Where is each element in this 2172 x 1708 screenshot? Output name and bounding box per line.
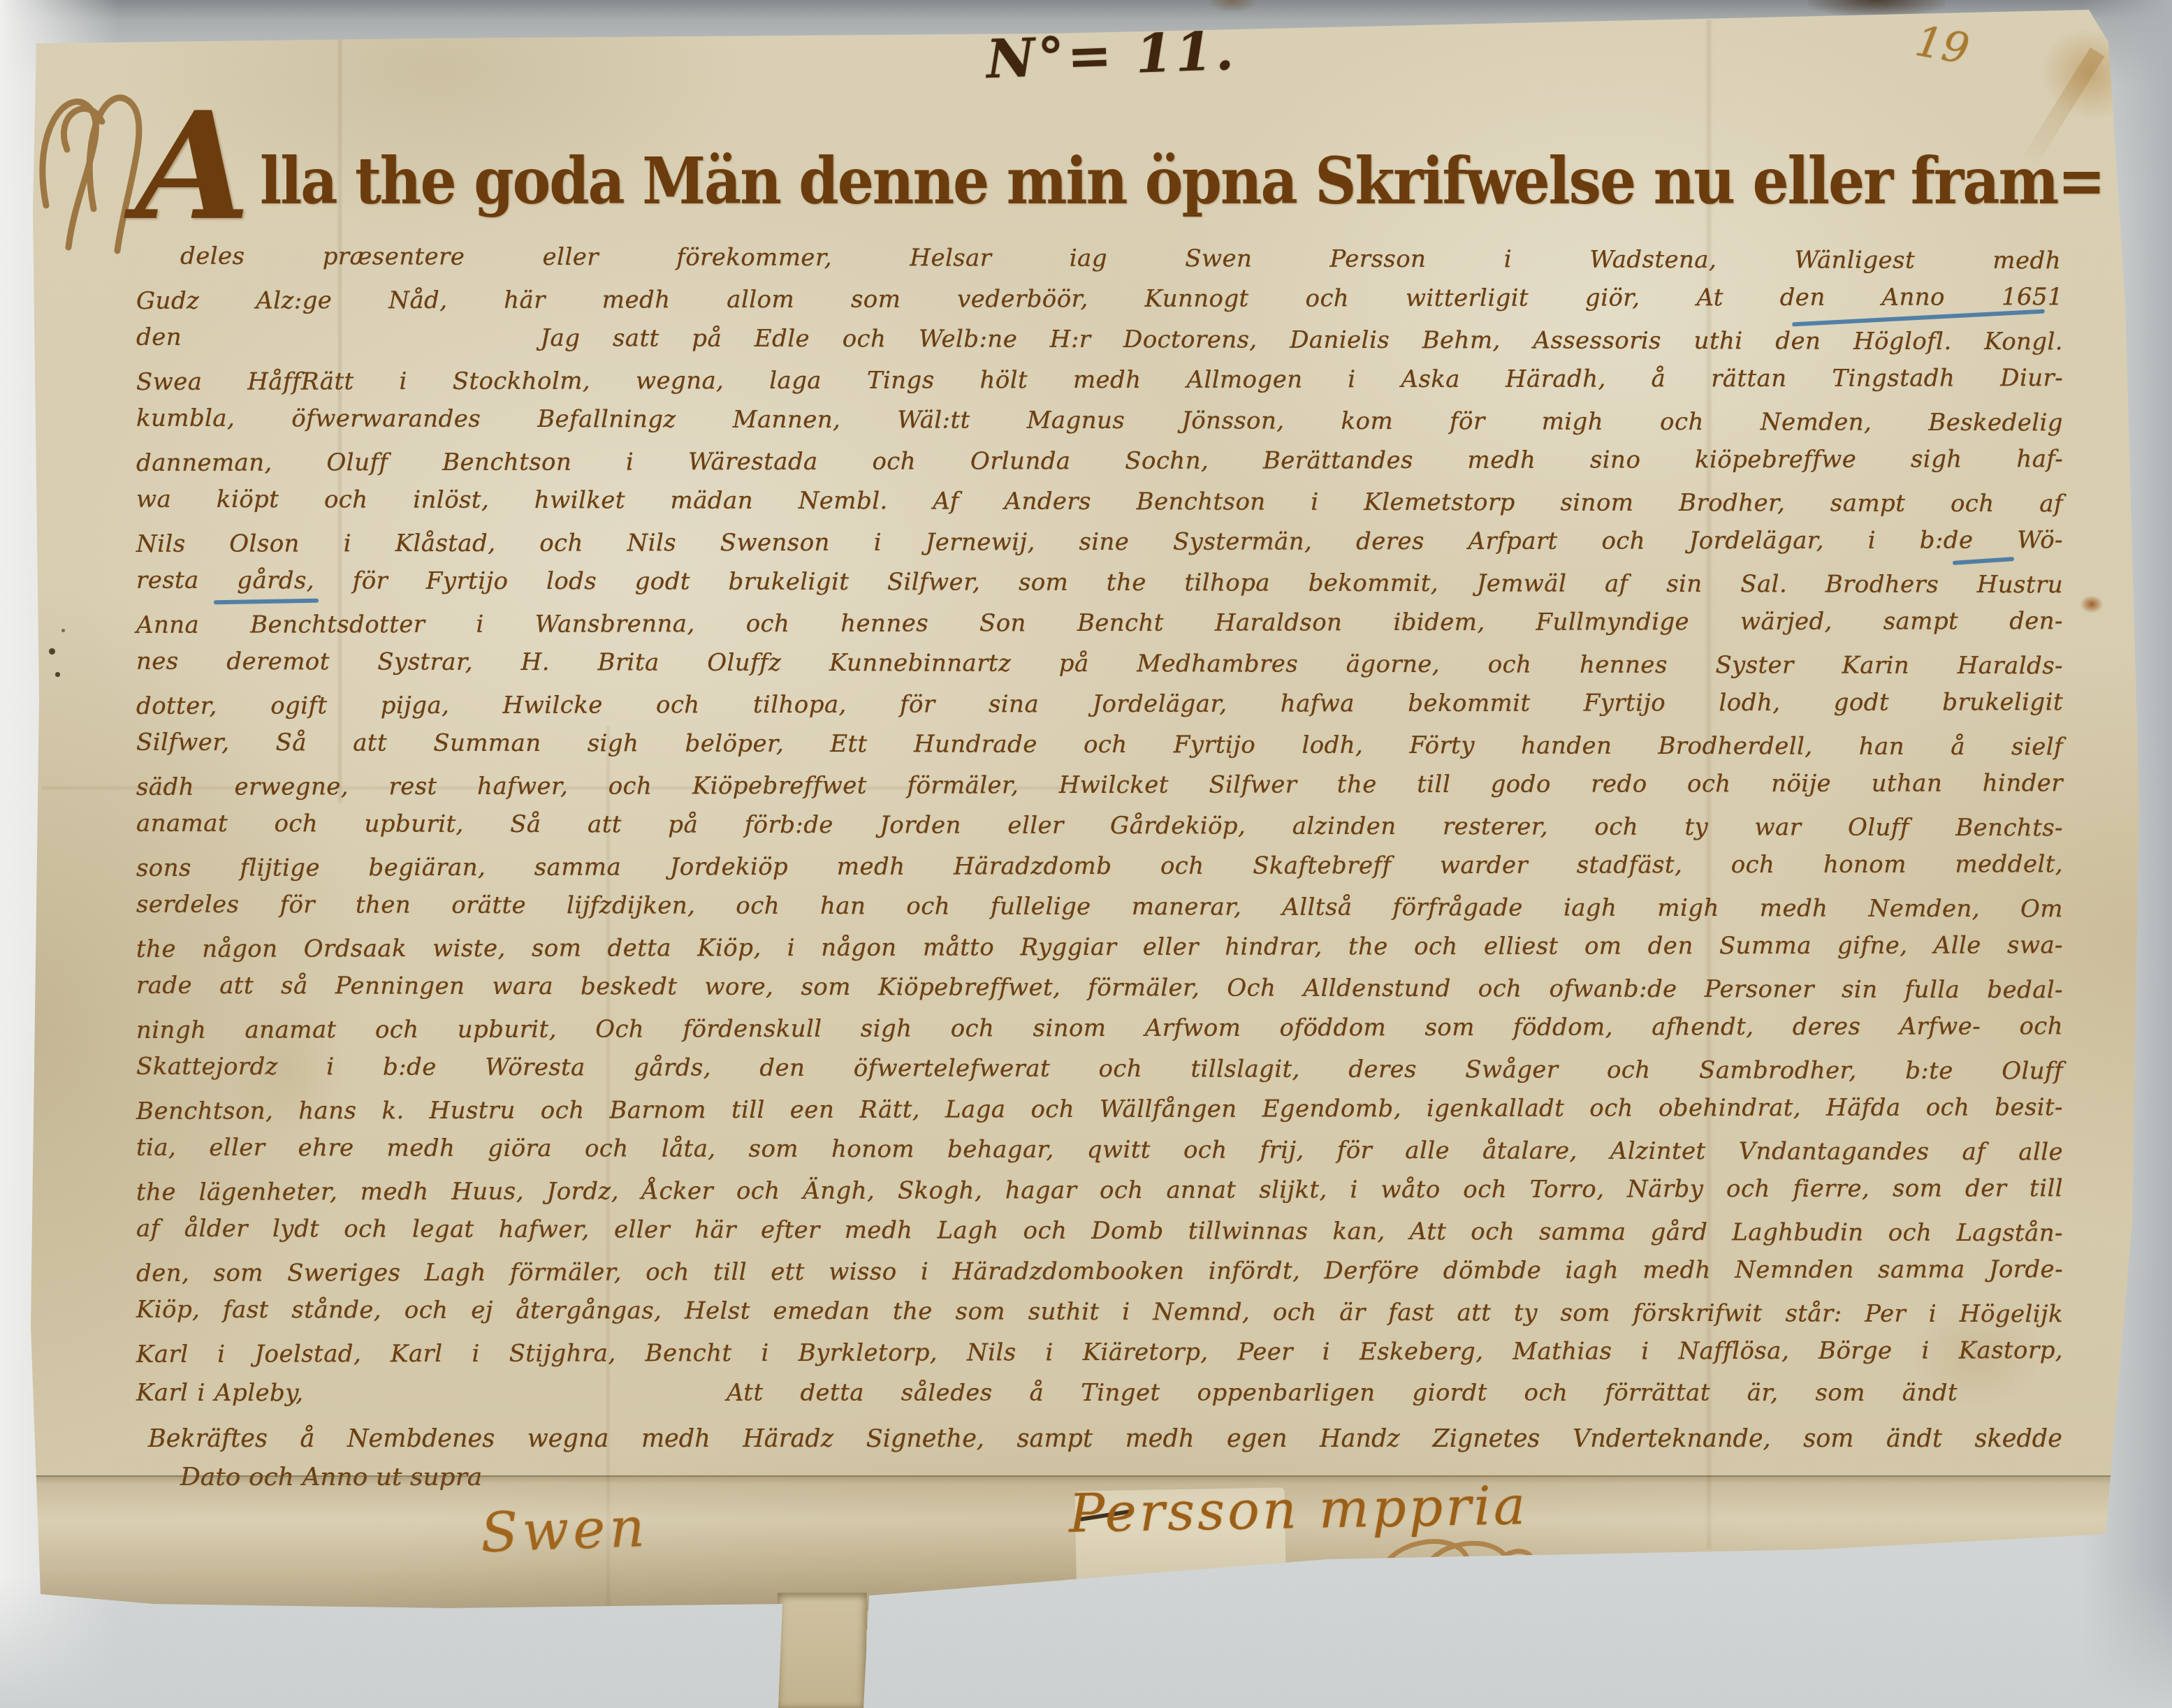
manuscript-line: den, som Sweriges Lagh förmäler, och til… (136, 1255, 2063, 1288)
signature-given-name: Swen (480, 1496, 650, 1565)
manuscript-line: Karl i Joelstad, Karl i Stijghra, Bencht… (136, 1336, 2063, 1369)
manuscript-line: den Jag satt på Edle och Welb:ne H:r Doc… (136, 323, 2063, 357)
manuscript-line: Kiöp, fast stånde, och ej återgångas, He… (136, 1296, 2063, 1329)
manuscript-line: sädh erwegne, rest hafwer, och Kiöpebref… (136, 769, 2063, 802)
manuscript-line: the lägenheter, medh Huus, Jordz, Åcker … (136, 1174, 2063, 1207)
ornamental-initial: A (136, 92, 251, 240)
archival-number: N°= 11. (986, 20, 1238, 90)
rust-spot (2076, 592, 2107, 616)
parchment-sheet: N°= 11. 19 A lla the goda Män denne min … (0, 0, 2172, 1708)
manuscript-line: af ålder lydt och legat hafwer, eller hä… (136, 1215, 2063, 1248)
manuscript-line: Karl i Apleby, (136, 1379, 304, 1408)
manuscript-line: serdeles för then orätte lijfzdijken, oc… (136, 891, 2063, 924)
manuscript-line: Benchtson, hans k. Hustru och Barnom til… (136, 1093, 2063, 1126)
manuscript-line: dotter, ogift pijga, Hwilcke och tilhopa… (136, 688, 2063, 721)
manuscript-line: Skattejordz i b:de Wöresta gårds, den öf… (136, 1053, 2063, 1086)
ink-speck (61, 629, 65, 632)
manuscript-line: Nils Olson i Klåstad, och Nils Swenson i… (136, 526, 2063, 559)
manuscript-line: Silfwer, Så att Summan sigh belöper, Ett… (136, 729, 2063, 762)
manuscript-line: danneman, Oluff Benchtson i Wärestada oc… (136, 445, 2063, 478)
manuscript-line: rade att så Penningen wara beskedt wore,… (136, 972, 2063, 1005)
manuscript-line: resta gårds, för Fyrtijo lods godt bruke… (136, 567, 2063, 600)
pencil-underline-resta (214, 599, 319, 605)
scanned-document-page: { "colors": { "background": "#d6d8d7", "… (0, 0, 2172, 1708)
manuscript-line: anamat och upburit, Så att på förb:de Jo… (136, 810, 2063, 843)
manuscript-line: sons flijtige begiäran, samma Jordekiöp … (136, 850, 2063, 883)
pencil-underline-wo (1953, 557, 2014, 565)
folio-number: 19 (1912, 17, 1973, 74)
scanner-edge-smudge (1210, 0, 1255, 11)
manuscript-line: deles præsentere eller förekommer, Helsa… (180, 242, 2061, 275)
manuscript-line: wa kiöpt och inlöst, hwilket mädan Nembl… (136, 486, 2063, 519)
hanging-seal-tag (776, 1593, 868, 1708)
manuscript-line: ningh anamat och upburit, Och fördenskul… (136, 1012, 2063, 1045)
manuscript-line: nes deremot Systrar, H. Brita Oluffz Kun… (136, 648, 2063, 681)
attestation-line: Bekräftes å Nembdenes wegna medh Häradz … (148, 1425, 2062, 1453)
manuscript-line: Swea HåffRätt i Stockholm, wegna, laga T… (136, 364, 2063, 397)
manuscript-line: tia, eller ehre medh giöra och låta, som… (136, 1134, 2063, 1167)
manuscript-line: kumbla, öfwerwarandes Befallningz Mannen… (136, 404, 2063, 438)
ink-speck (55, 672, 60, 677)
document-heading: lla the goda Män denne min öpna Skrifwel… (260, 144, 2104, 219)
closing-note-line: Att detta således å Tinget oppenbarligen… (727, 1379, 1958, 1407)
manuscript-line: Anna Benchtsdotter i Wansbrenna, och hen… (136, 607, 2063, 640)
manuscript-line: Gudz Alz:ge Nåd, här medh allom som vede… (136, 283, 2063, 316)
ink-speck (49, 648, 55, 655)
manuscript-line: the någon Ordsaak wiste, som detta Kiöp,… (136, 931, 2063, 964)
